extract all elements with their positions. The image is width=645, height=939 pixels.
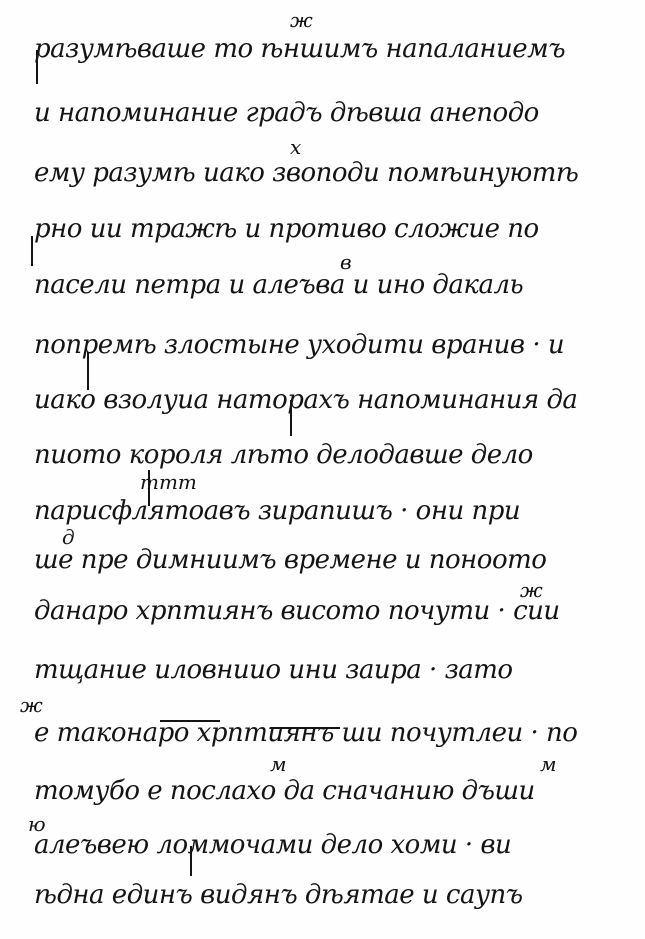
manuscript-line-9: парисфлятоавъ зирапишъ · они при (34, 496, 520, 526)
descender-stroke (31, 236, 33, 266)
manuscript-line-12: тщание иловниио ини заира · зато (34, 655, 513, 685)
manuscript-line-2: и напоминание градъ дѣвша анеподо (34, 98, 539, 128)
manuscript-line-10: ше пре димниимъ времене и поноото (34, 545, 546, 575)
manuscript-line-16: ѣдна единъ видянъ дѣятае и саупъ (34, 880, 523, 910)
manuscript-line-11: данаро хрптиянъ висото почути · сии (34, 596, 560, 626)
manuscript-page: разумѣваше то ѣншимъ напаланиемъ и напом… (0, 0, 645, 939)
manuscript-line-3: ему разумѣ иако звоподи помѣинуютѣ (34, 158, 578, 188)
superscript-mark: ж (290, 8, 313, 32)
superscript-mark: ж (520, 578, 543, 602)
manuscript-line-5: пасели петра и алеъва и ино дакаль (34, 270, 523, 300)
manuscript-line-14: томубо е послахо да сначанию дъши (34, 776, 535, 806)
manuscript-line-4: рно ии тражѣ и противо сложие по (34, 214, 539, 244)
superscript-mark: ю (28, 812, 46, 836)
manuscript-line-15: алеъвею ломмочами дело хоми · ви (34, 830, 511, 860)
superscript-mark: м (540, 752, 557, 776)
superscript-mark: м (270, 752, 287, 776)
descender-stroke (290, 400, 292, 436)
superscript-mark: в (340, 250, 352, 274)
manuscript-line-8: пиото короля лѣто делодавше дело (34, 440, 533, 470)
descender-stroke (36, 50, 38, 84)
overline-stroke (270, 727, 340, 729)
manuscript-line-6: попремѣ злостыне уходити вранив · и (34, 330, 564, 360)
manuscript-line-1: разумѣваше то ѣншимъ напаланиемъ (34, 34, 565, 64)
manuscript-line-7: иако взолуиа наторахъ напоминания да (34, 385, 577, 415)
descender-stroke (148, 470, 150, 506)
descender-stroke (87, 352, 89, 390)
superscript-mark: ж (20, 693, 43, 717)
superscript-mark: х (290, 135, 301, 159)
descender-stroke (190, 846, 192, 876)
superscript-mark: д (62, 525, 75, 549)
overline-stroke (160, 720, 220, 722)
manuscript-line-13: е таконаро хрптиянъ ши почутлеи · по (34, 718, 577, 748)
